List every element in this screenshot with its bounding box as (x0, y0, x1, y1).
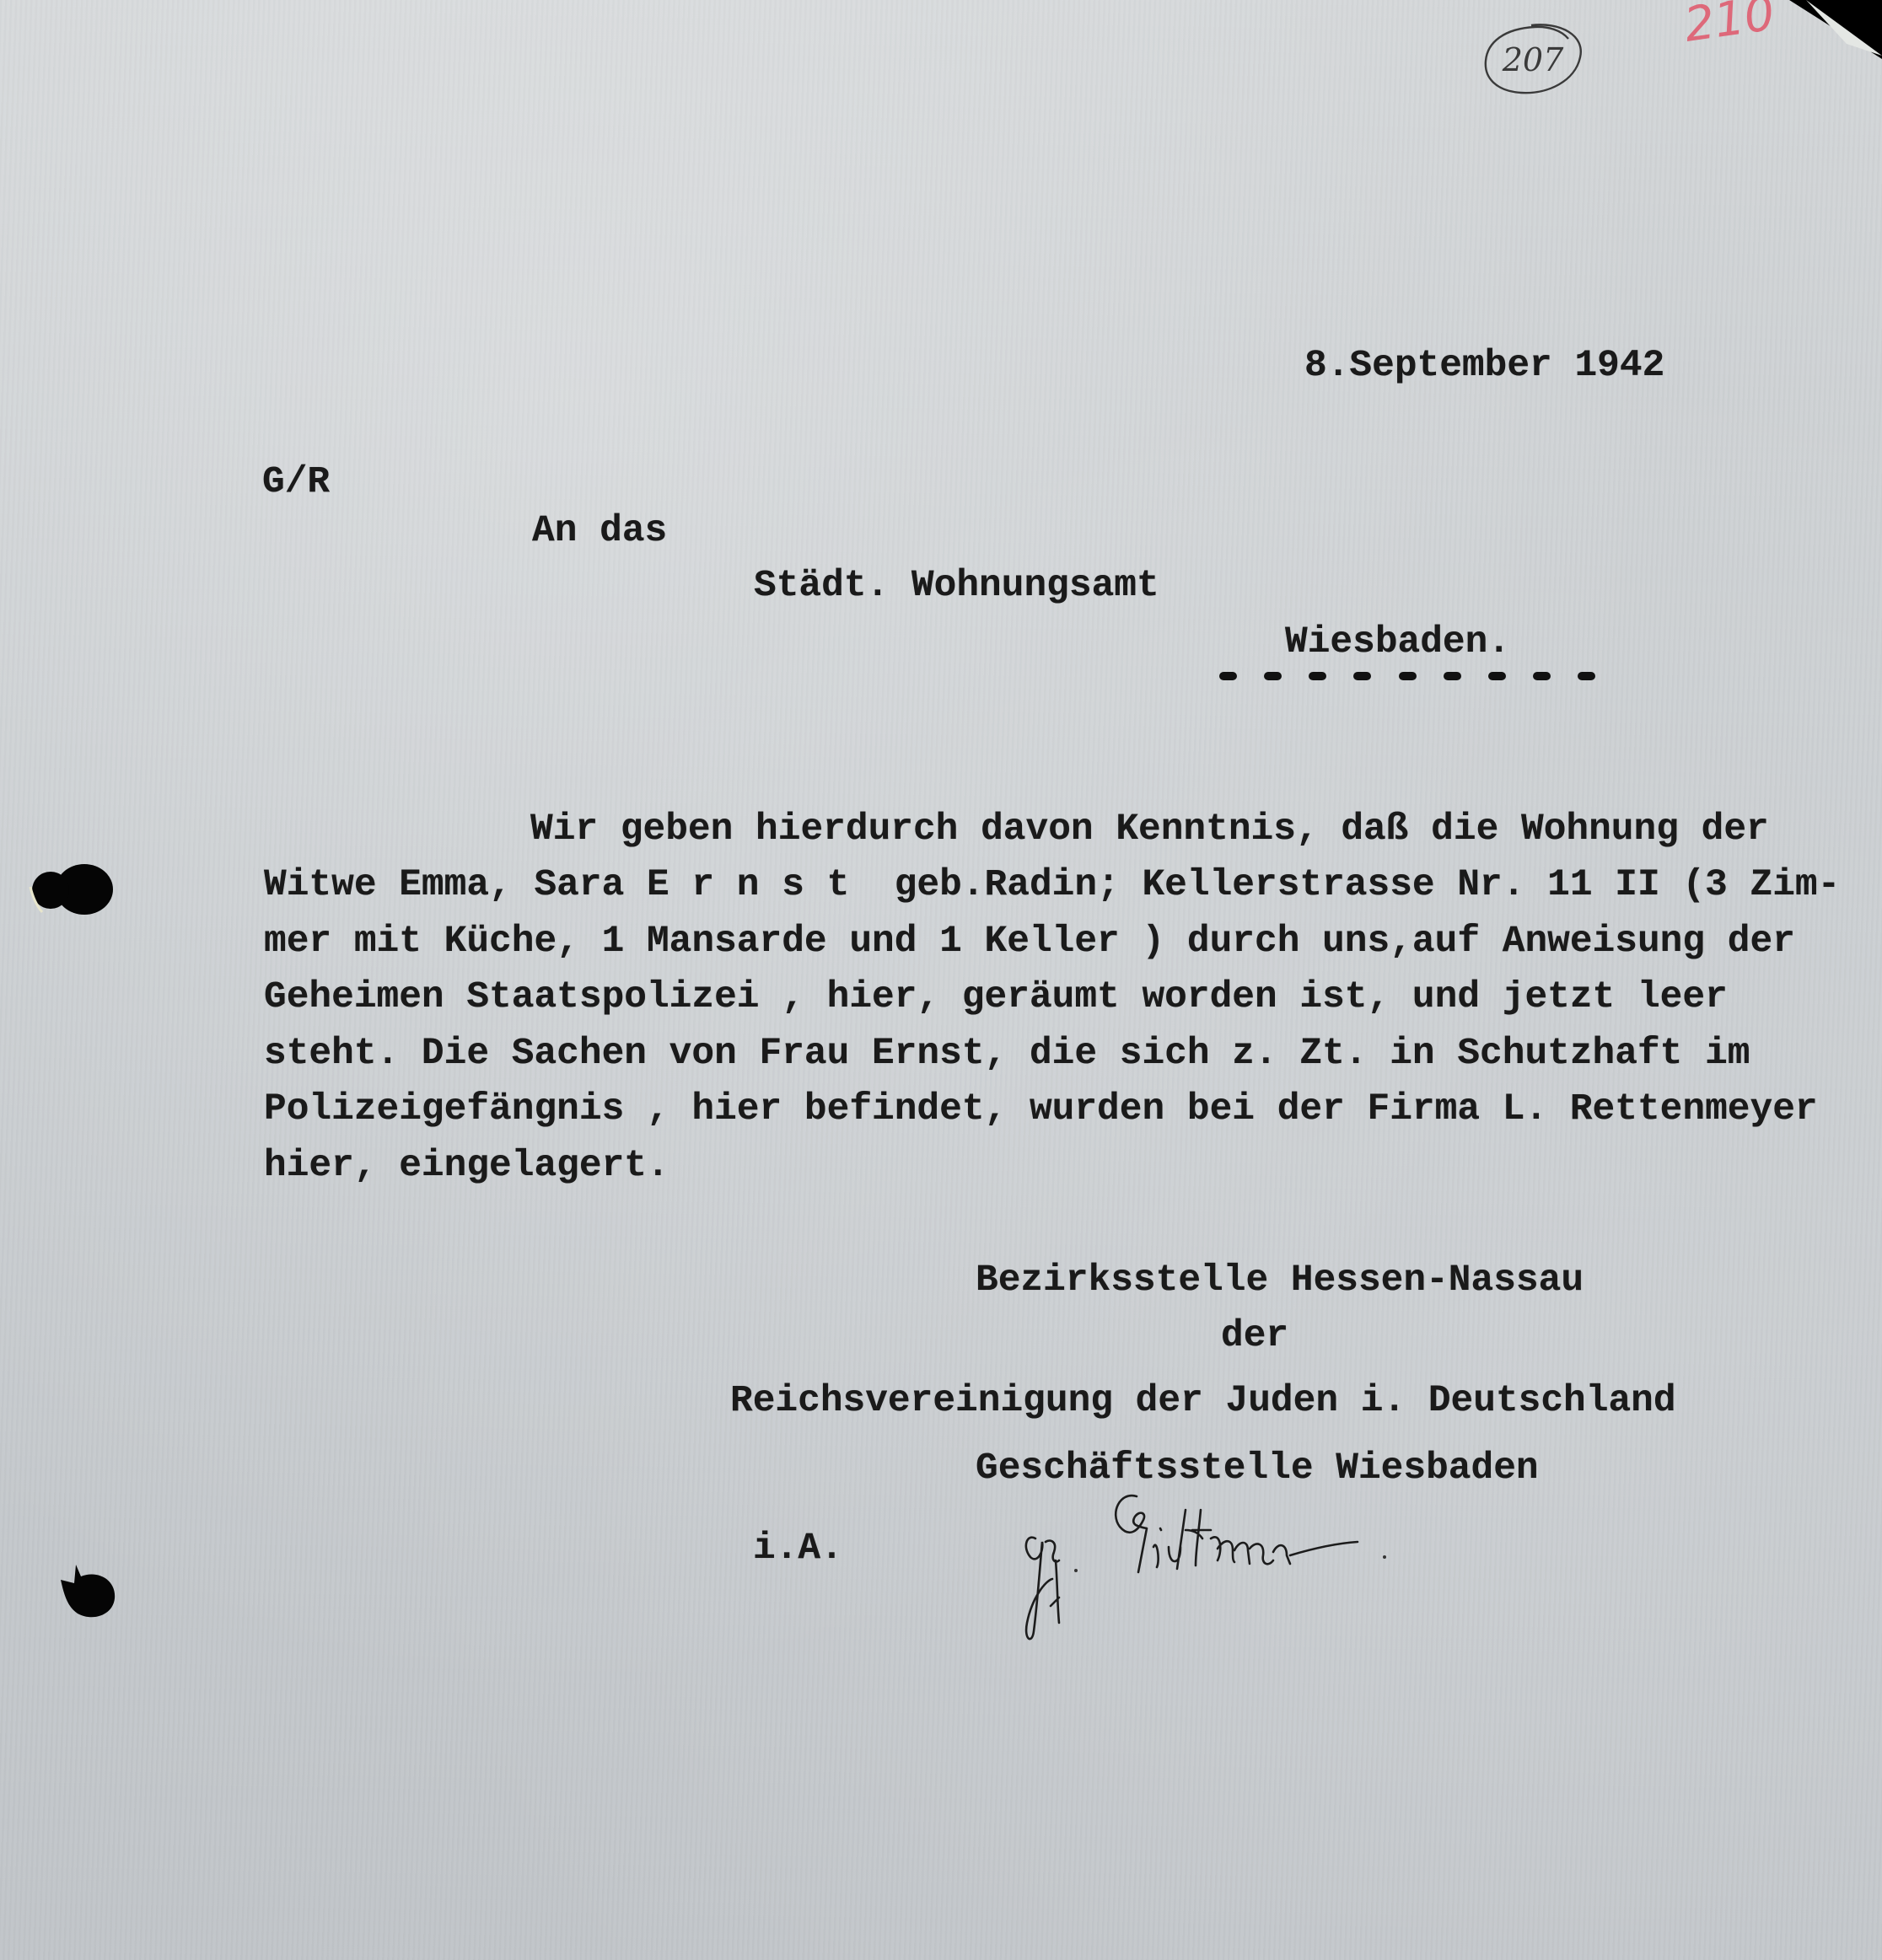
folded-corner (1789, 0, 1882, 59)
underline-dash (1353, 672, 1371, 680)
svg-text:210: 210 (1681, 0, 1778, 53)
body-line-6: Polizeigefängnis , hier befindet, wurden… (264, 1091, 1818, 1129)
underline-dash (1533, 672, 1551, 680)
letter-date: 8.September 1942 (1304, 347, 1664, 385)
sender-line-1: Bezirksstelle Hessen-Nassau (976, 1262, 1584, 1300)
punch-hole-icon (56, 1561, 120, 1624)
recipient-underline (1219, 672, 1595, 682)
underline-dash (1444, 672, 1461, 680)
sender-line-3: Reichsvereinigung der Juden i. Deutschla… (730, 1383, 1676, 1420)
circled-folio-number: 207 (1481, 19, 1585, 99)
handwritten-signature: gez. Grüttmann (1012, 1479, 1484, 1648)
body-line-5: steht. Die Sachen von Frau Ernst, die si… (264, 1035, 1750, 1073)
reference-code: G/R (262, 464, 330, 502)
recipient-line-2: Städt. Wohnungsamt (754, 567, 1159, 605)
page-corner-icon (1789, 0, 1882, 59)
underline-dash (1264, 672, 1282, 680)
underline-dash (1578, 672, 1595, 680)
underline-dash (1399, 672, 1417, 680)
underline-dash (1219, 672, 1237, 680)
recipient-line-1: An das (532, 513, 667, 550)
punch-hole-icon (24, 862, 116, 917)
red-folio-number: 210 (1678, 0, 1804, 59)
punch-hole-top (24, 862, 116, 917)
signature-prefix: i.A. (753, 1530, 843, 1568)
svg-text:207: 207 (1502, 41, 1564, 78)
body-line-3: mer mit Küche, 1 Mansarde und 1 Keller )… (264, 923, 1795, 961)
recipient-city: Wiesbaden. (1285, 624, 1510, 662)
punch-hole-bottom (56, 1561, 120, 1624)
body-line-1: Wir geben hierdurch davon Kenntnis, daß … (530, 811, 1769, 849)
underline-dash (1309, 672, 1326, 680)
circle-mark-icon: 207 (1481, 19, 1585, 99)
sender-line-2: der (1221, 1318, 1288, 1356)
signature-icon: gez. Grüttmann (1012, 1479, 1484, 1648)
underline-dash (1488, 672, 1506, 680)
body-line-7: hier, eingelagert. (264, 1147, 669, 1185)
body-line-2: Witwe Emma, Sara E r n s t geb.Radin; Ke… (264, 867, 1840, 905)
body-line-4: Geheimen Staatspolizei , hier, geräumt w… (264, 979, 1728, 1017)
svg-text:gez. Grüttmann: gez. Grüttmann (1012, 1479, 1019, 1480)
